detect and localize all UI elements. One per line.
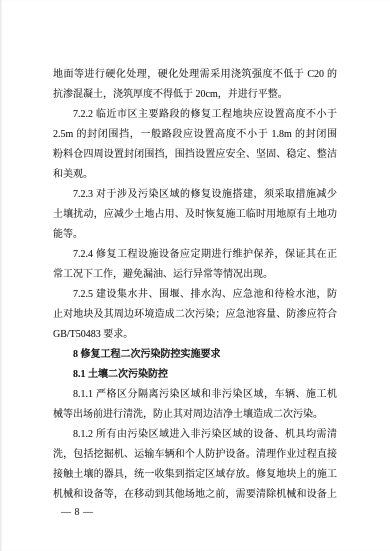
clause-7-2-3-line: 7.2.3 对于涉及污染区域的修复设施搭建，须采取措施减少 [53, 185, 337, 205]
clause-7-2-5-line: 7.2.5 建设集水井、围堰、排水沟、应急池和待检水池，防 [53, 285, 337, 305]
clause-8-1-1-line: 8.1.1 严格区分隔离污染区域和非污染区域，车辆、施工机 [53, 385, 337, 405]
page-number: — 8 — [61, 503, 94, 523]
clause-8-1-2-line: 8.1.2 所有由污染区域进入非污染区域的设备、机具均需清 [53, 425, 337, 445]
clause-7-2-2-line: 7.2.2 临近市区主要路段的修复工程地块应设置高度不小于 [53, 105, 337, 125]
text-line: 粉料仓四周设置封闭围挡，围挡设置应安全、坚固、稳定、整洁 [53, 145, 337, 165]
text-line: 抗渗混凝土，浇筑厚度不得低于 20cm，并进行平整。 [53, 85, 337, 105]
section-heading-8-1: 8.1 土壤二次污染防控 [53, 365, 337, 385]
text-line: 接触土壤的器具，统一收集到指定区域存放。修复地块上的施工 [53, 465, 337, 485]
text-line: 能等。 [53, 225, 337, 245]
text-line: 常工况下工作，避免漏油、运行异常等情况出现。 [53, 265, 337, 285]
text-line: 止对地块及其周边环境造成二次污染；应急池容量、防渗应符合 [53, 305, 337, 325]
text-line: 和美观。 [53, 165, 337, 185]
section-heading-8: 8 修复工程二次污染防控实施要求 [53, 345, 337, 365]
text-line: 机械和设备等，在移动到其他场地之前，需要清除机械和设备上 [53, 485, 337, 505]
text-line: GB/T50483 要求。 [53, 325, 337, 345]
clause-7-2-4-line: 7.2.4 修复工程设施设备应定期进行维护保养，保证其在正 [53, 245, 337, 265]
text-line: 洗，包括挖掘机、运输车辆和个人防护设备。清理作业过程直接 [53, 445, 337, 465]
text-line: 土壤扰动，应减少土地占用、及时恢复施工临时用地原有土地功 [53, 205, 337, 225]
text-line: 地面等进行硬化处理，硬化处理需采用浇筑强度不低于 C20 的 [53, 65, 337, 85]
text-line: 2.5m 的封闭围挡，一般路段应设置高度不小于 1.8m 的封闭围挡， [53, 125, 337, 145]
document-page: 地面等进行硬化处理，硬化处理需采用浇筑强度不低于 C20 的 抗渗混凝土，浇筑厚… [0, 0, 390, 551]
text-line: 械等出场前进行清洗，防止其对周边洁净土壤造成二次污染。 [53, 405, 337, 425]
page-body-text: 地面等进行硬化处理，硬化处理需采用浇筑强度不低于 C20 的 抗渗混凝土，浇筑厚… [53, 65, 337, 505]
